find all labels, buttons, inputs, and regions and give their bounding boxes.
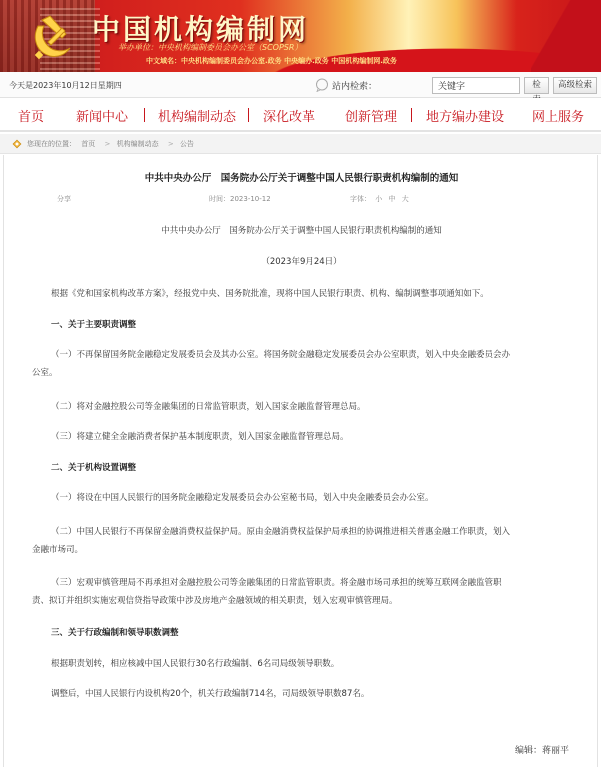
advanced-search-button[interactable]: 高级检索: [553, 77, 597, 94]
section-heading: 三、关于行政编制和领导职数调整: [51, 624, 179, 642]
paragraph-line: 责、拟订并组织实施宏观信贷指导政策中涉及房地产金融领域的相关职责，划入宏观审慎管…: [32, 592, 398, 610]
share-link[interactable]: 分享: [57, 194, 71, 204]
site-banner: 中国机构编制网 举办单位：中央机构编制委员会办公室（SCOPSR） 中文域名：中…: [0, 0, 601, 72]
site-search-label: 站内检索：: [332, 79, 377, 92]
font-size-label: 字体：: [350, 195, 371, 203]
font-size-controls: 字体： 小 中 大: [350, 194, 411, 204]
nav-item-staffing-news[interactable]: 机构编制动态: [158, 106, 236, 125]
ribbon-graphic-right: [531, 0, 601, 72]
nav-item-deepen-reform[interactable]: 深化改革: [263, 106, 315, 125]
domain-names-text: 中文域名：中央机构编制委员会办公室.政务 中央编办.政务 中国机构编制网.政务: [146, 56, 397, 66]
breadcrumb-separator: >: [104, 140, 110, 148]
nav-divider: [248, 108, 249, 122]
paragraph-line: 金融市场司。: [32, 541, 83, 559]
breadcrumb-prefix: 您现在的位置：: [27, 140, 76, 148]
breadcrumb-separator: >: [168, 140, 174, 148]
paragraph-line: （三）将建立健全金融消费者保护基本制度职责，划入国家金融监督管理总局。: [51, 428, 349, 446]
document-subtitle: 中共中央办公厅 国务院办公厅关于调整中国人民银行职责机构编制的通知: [4, 222, 599, 240]
paragraph-line: （一）不再保留国务院金融稳定发展委员会及其办公室。将国务院金融稳定发展委员会办公…: [51, 346, 510, 364]
editor-credit: 编辑：蒋丽平: [515, 743, 569, 756]
nav-item-innovation-mgmt[interactable]: 创新管理: [345, 106, 397, 125]
nav-divider: [144, 108, 145, 122]
location-icon: [12, 139, 22, 149]
document-date: （2023年9月24日）: [4, 253, 599, 271]
breadcrumb-announcement[interactable]: 公告: [180, 140, 194, 148]
breadcrumb-home[interactable]: 首页: [81, 140, 95, 148]
paragraph-line: 根据职责划转，相应核减中国人民银行30名行政编制、6名司局级领导职数。: [51, 655, 339, 673]
breadcrumb-bar: 您现在的位置： 首页 > 机构编制动态 > 公告: [0, 134, 601, 154]
paragraph-line: 公室。: [32, 364, 58, 382]
nav-item-home[interactable]: 首页: [18, 106, 44, 125]
time-label: 时间：: [209, 195, 230, 203]
article-body: 中共中央办公厅 国务院办公厅关于调整中国人民银行职责机构编制的通知 分享 时间：…: [3, 155, 598, 767]
section-heading: 二、关于机构设置调整: [51, 459, 136, 477]
search-bubble-icon: [315, 78, 329, 92]
sponsor-text: 举办单位：中央机构编制委员会办公室（SCOPSR）: [118, 42, 302, 53]
breadcrumb: 您现在的位置： 首页 > 机构编制动态 > 公告: [27, 139, 197, 149]
paragraph-line: （三）宏观审慎管理局不再承担对金融控股公司等金融集团的日常监管职责。将金融市场司…: [51, 574, 502, 592]
breadcrumb-staffing-news[interactable]: 机构编制动态: [117, 140, 159, 148]
nav-divider: [411, 108, 412, 122]
search-button[interactable]: 检索: [524, 77, 549, 94]
time-value: 2023-10-12: [230, 195, 271, 203]
publish-time: 时间：2023-10-12: [209, 194, 271, 204]
paragraph-line: 调整后，中国人民银行内设机构20个，机关行政编制714名，司局级领导职数87名。: [51, 685, 369, 703]
party-emblem-icon: [28, 12, 74, 62]
nav-item-online-services[interactable]: 网上服务: [532, 106, 584, 125]
main-nav: 首页 新闻中心 机构编制动态 深化改革 创新管理 地方编办建设 网上服务: [0, 98, 601, 132]
font-size-medium-button[interactable]: 中: [388, 195, 395, 203]
font-size-large-button[interactable]: 大: [402, 195, 409, 203]
current-date: 今天是2023年10月12日星期四: [9, 80, 122, 91]
paragraph-line: （一）将设在中国人民银行的国务院金融稳定发展委员会办公室秘书局，划入中央金融委员…: [51, 489, 434, 507]
intro-paragraph: 根据《党和国家机构改革方案》，经报党中央、国务院批准，现将中国人民银行职责、机构…: [51, 285, 489, 303]
nav-item-local-office[interactable]: 地方编办建设: [426, 106, 504, 125]
section-heading: 一、关于主要职责调整: [51, 316, 136, 334]
paragraph-line: （二）中国人民银行不再保留金融消费权益保护局。原由金融消费权益保护局承担的协调推…: [51, 523, 510, 541]
font-size-small-button[interactable]: 小: [375, 195, 382, 203]
site-search-input[interactable]: [432, 77, 520, 94]
nav-item-news-center[interactable]: 新闻中心: [76, 106, 128, 125]
paragraph-line: （二）将对金融控股公司等金融集团的日常监管职责，划入国家金融监督管理总局。: [51, 398, 366, 416]
article-title: 中共中央办公厅 国务院办公厅关于调整中国人民银行职责机构编制的通知: [4, 170, 599, 184]
